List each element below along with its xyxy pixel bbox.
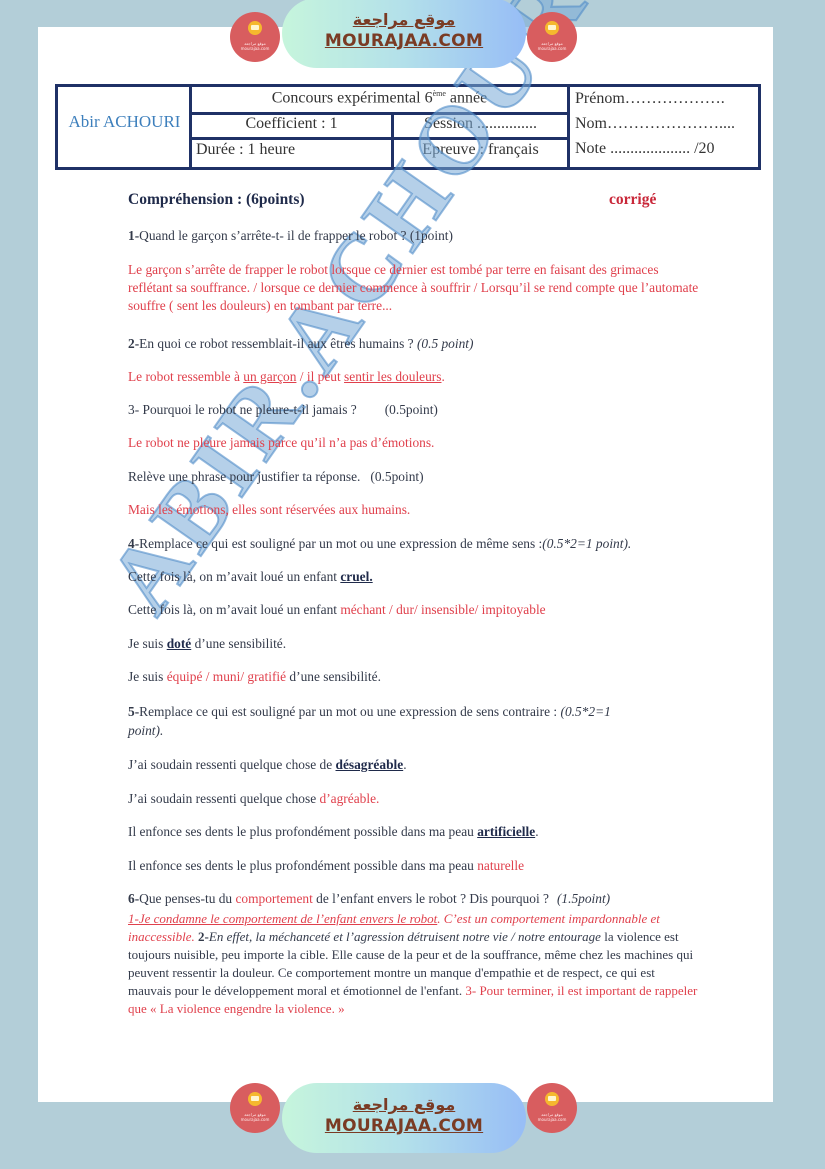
site-name-link[interactable]: MOURAJAA.COM [282,1116,526,1136]
q4-sentence-2: Je suis doté d’une sensibilité. [128,636,286,652]
question-5: 5-Remplace ce qui est souligné par un mo… [128,704,611,720]
site-name-arabic[interactable]: موقع مراجعة [282,1095,526,1114]
q4-answer-1: Cette fois là, on m’avait loué un enfant… [128,602,546,618]
site-name-link[interactable]: MOURAJAA.COM [282,31,526,51]
question-4: 4-Remplace ce qui est souligné par un mo… [128,536,631,552]
book-icon [248,1092,262,1106]
author-name: Abir ACHOURI [58,87,191,167]
grade-field: Note .................... /20 [575,140,715,158]
corrige-badge: corrigé [609,191,656,209]
site-name-arabic[interactable]: موقع مراجعة [282,10,526,29]
first-name-field: Prénom………………. [575,90,725,108]
answer-2: Le robot ressemble à un garçon / il peut… [128,369,445,385]
book-icon [248,21,262,35]
question-1: 1-Quand le garçon s’arrête-t- il de frap… [128,228,453,244]
answer-6: 1-Je condamne le comportement de l’enfan… [128,910,700,1018]
book-icon [545,21,559,35]
question-3-sub: Relève une phrase pour justifier ta répo… [128,469,424,485]
question-6: 6-Que penses-tu du comportement de l’enf… [128,891,610,907]
last-name-field: Nom………………….... [575,115,735,133]
q4-sentence-1: Cette fois là, on m’avait loué un enfant… [128,569,373,585]
section-title: Compréhension : (6points) [128,191,305,209]
question-2: 2-En quoi ce robot ressemblait-il aux êt… [128,336,473,352]
answer-1: Le garçon s’arrête de frapper le robot l… [128,261,700,315]
q5-sentence-1: J’ai soudain ressenti quelque chose de d… [128,757,407,773]
coefficient: Coefficient : 1 [192,115,391,133]
answer-3-sub: Mais les émotions, elles sont réservées … [128,502,410,518]
site-logo-badge: موقع مراجعة mourajaa.com [527,12,577,62]
site-logo-badge: موقع مراجعة mourajaa.com [230,12,280,62]
q4-answer-2: Je suis équipé / muni/ gratifié d’une se… [128,669,381,685]
question-5-points: point). [128,723,163,739]
answer-3: Le robot ne pleure jamais parce qu’il n’… [128,435,434,451]
subject: Epreuve : français [394,141,567,159]
q5-answer-2: Il enfonce ses dents le plus profondémen… [128,858,524,874]
site-banner-bottom[interactable]: موقع مراجعة MOURAJAA.COM [282,1083,526,1153]
exam-header-table: Abir ACHOURI Concours expérimental 6ème … [55,84,761,170]
question-3: 3- Pourquoi le robot ne pleure-t-il jama… [128,402,438,418]
session-field: Session ............... [394,115,567,133]
duration: Durée : 1 heure [196,141,391,159]
q5-sentence-2: Il enfonce ses dents le plus profondémen… [128,824,539,840]
site-logo-badge: موقع مراجعة mourajaa.com [527,1083,577,1133]
site-logo-badge: موقع مراجعة mourajaa.com [230,1083,280,1133]
exam-title: Concours expérimental 6ème année [192,89,567,107]
book-icon [545,1092,559,1106]
q5-answer-1: J’ai soudain ressenti quelque chose d’ag… [128,791,379,807]
site-banner-top[interactable]: موقع مراجعة MOURAJAA.COM [282,0,526,68]
